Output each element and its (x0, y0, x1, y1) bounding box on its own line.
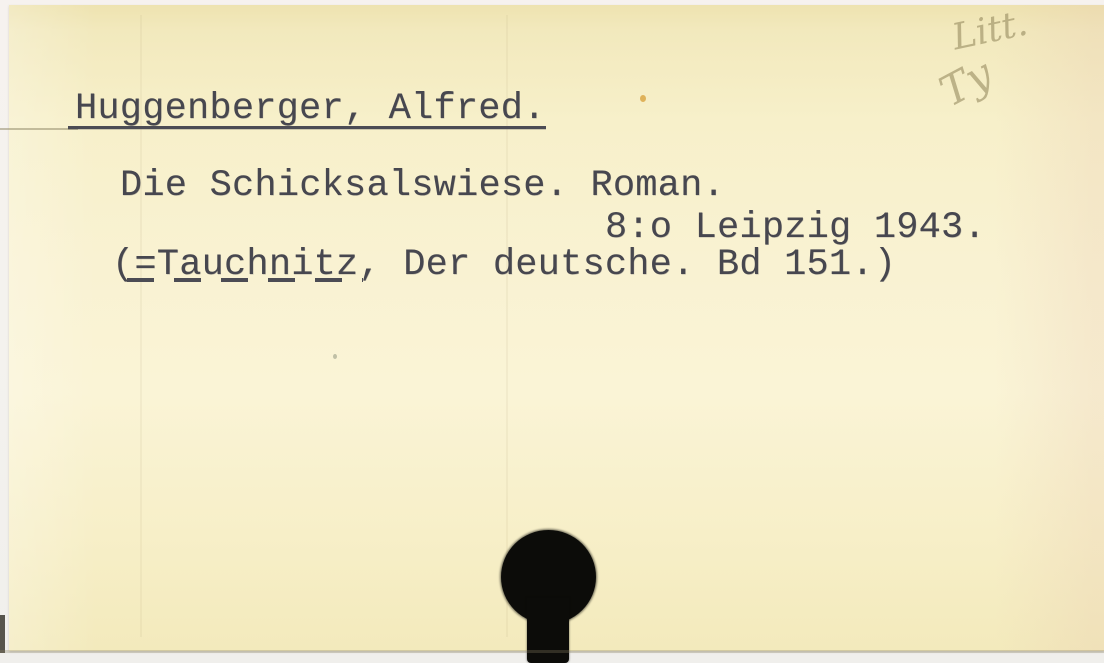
heading-rule-faint (0, 128, 78, 130)
scan-edge-artifact (0, 615, 5, 653)
paper-speck (640, 95, 646, 102)
author-heading: Huggenberger, Alfred. (75, 88, 545, 131)
catalog-card-scan: Huggenberger, Alfred. Die Schicksalswies… (0, 0, 1104, 663)
series-dashed-underline (127, 278, 363, 282)
heading-underline (68, 126, 546, 129)
punch-hole-slot (527, 598, 569, 663)
paper-speck (333, 354, 337, 359)
title-line: Die Schicksalswiese. Roman. (120, 165, 725, 208)
card-edge-shadow (0, 650, 1104, 653)
